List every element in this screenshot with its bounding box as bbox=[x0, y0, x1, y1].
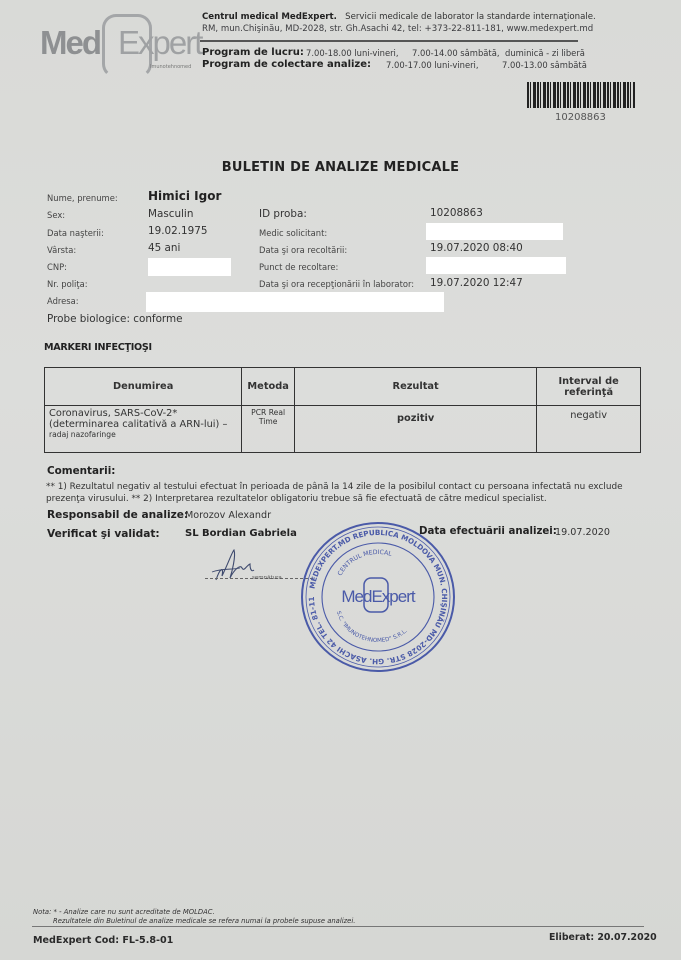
collection-hours-saturday: 7.00-13.00 sâmbătă bbox=[502, 60, 587, 70]
patient-sex: Masculin bbox=[148, 208, 193, 220]
collection-point-redacted bbox=[426, 257, 566, 274]
name-label: Nume, prenume: bbox=[47, 193, 118, 203]
dob-label: Data naşterii: bbox=[47, 228, 104, 238]
patient-name: Himici Igor bbox=[148, 189, 221, 203]
test-name: Coronavirus, SARS-CoV-2* bbox=[49, 408, 237, 419]
table-row: Coronavirus, SARS-CoV-2* (determinarea c… bbox=[45, 406, 641, 453]
col-header-result: Rezultat bbox=[295, 368, 537, 406]
collected-label: Data şi ora recoltării: bbox=[259, 245, 347, 255]
work-hours-saturday: 7.00-14.00 sâmbătă, bbox=[412, 48, 500, 58]
logo-main-text: Med bbox=[40, 24, 100, 62]
test-result: pozitiv bbox=[295, 406, 537, 453]
verified-name: SL Bordian Gabriela bbox=[185, 528, 297, 539]
sample-id: 10208863 bbox=[430, 207, 483, 219]
org-tagline: Servicii medicale de laborator la standa… bbox=[345, 12, 596, 22]
issued-date: Eliberat: 20.07.2020 bbox=[549, 932, 657, 943]
signature-caption: semnătura bbox=[252, 575, 282, 581]
org-line: Centrul medical MedExpert. Servicii medi… bbox=[202, 12, 596, 22]
stamp-icon: MEDEXPERT.MD REPUBLICA MOLDOVA MUN. CHIŞ… bbox=[298, 520, 458, 675]
test-name-cell: Coronavirus, SARS-CoV-2* (determinarea c… bbox=[45, 406, 242, 453]
received-datetime: 19.07.2020 12:47 bbox=[430, 277, 523, 289]
cnp-label: CNP: bbox=[47, 262, 67, 272]
cnp-redacted bbox=[148, 258, 231, 276]
footnote-line-2: Rezultatele din Buletinul de analize med… bbox=[33, 917, 355, 926]
work-hours: Program de lucru: bbox=[202, 47, 304, 58]
barcode-icon bbox=[527, 82, 635, 108]
svg-text:MedExpert: MedExpert bbox=[341, 587, 415, 606]
section-title: MARKERI INFECŢIOŞI bbox=[44, 342, 152, 353]
patient-age: 45 ani bbox=[148, 242, 180, 254]
medexpert-logo: Med Expert Imunotehnomed bbox=[40, 14, 195, 74]
test-name-detail: (determinarea calitativă a ARN-lui) – bbox=[49, 419, 237, 430]
footnote-line-1: Nota: * - Analize care nu sunt acreditat… bbox=[33, 908, 355, 917]
samples-status: Probe biologice: conforme bbox=[47, 313, 183, 325]
work-hours-sunday: duminică - zi liberă bbox=[505, 48, 585, 58]
form-code: MedExpert Cod: FL-5.8-01 bbox=[33, 935, 173, 946]
collected-datetime: 19.07.2020 08:40 bbox=[430, 242, 523, 254]
policy-label: Nr. poliţa: bbox=[47, 279, 88, 289]
collection-hours-label: Program de colectare analize: bbox=[202, 59, 371, 70]
logo-accent-text: Expert bbox=[118, 24, 201, 62]
org-address: RM, mun.Chişinău, MD-2028, str. Gh.Asach… bbox=[202, 24, 593, 34]
test-method: PCR Real Time bbox=[242, 406, 295, 453]
age-label: Vârsta: bbox=[47, 245, 76, 255]
sample-id-label: ID proba: bbox=[259, 208, 307, 220]
responsible-name: Morozov Alexandr bbox=[185, 510, 271, 521]
analysis-date: 19.07.2020 bbox=[555, 527, 610, 538]
barcode-number: 10208863 bbox=[555, 112, 606, 123]
responsible-label: Responsabil de analize: bbox=[47, 509, 188, 521]
collection-point-label: Punct de recoltare: bbox=[259, 262, 338, 272]
patient-dob: 19.02.1975 bbox=[148, 225, 208, 237]
org-name: Centrul medical MedExpert. bbox=[202, 12, 337, 22]
svg-text:S.C. "IMUNOTEHNOMED" S.R.L.: S.C. "IMUNOTEHNOMED" S.R.L. bbox=[335, 610, 409, 644]
address-redacted bbox=[146, 292, 444, 312]
test-sample-type: radaj nazofaringe bbox=[49, 430, 237, 439]
collection-hours-weekdays: 7.00-17.00 luni-vineri, bbox=[386, 60, 479, 70]
table-header-row: Denumirea Metoda Rezultat Interval de re… bbox=[45, 368, 641, 406]
work-hours-label: Program de lucru: bbox=[202, 47, 304, 58]
doctor-label: Medic solicitant: bbox=[259, 228, 327, 238]
footer-divider bbox=[32, 926, 644, 927]
col-header-method: Metoda bbox=[242, 368, 295, 406]
received-label: Data şi ora recepţionării în laborator: bbox=[259, 279, 414, 289]
comments-text: ** 1) Rezultatul negativ al testului efe… bbox=[46, 481, 646, 505]
address-label: Adresa: bbox=[47, 296, 79, 306]
comments-title: Comentarii: bbox=[47, 465, 115, 477]
work-hours-weekdays: 7.00-18.00 luni-vineri, bbox=[306, 48, 399, 58]
verified-label: Verificat şi validat: bbox=[47, 528, 160, 540]
footnote: Nota: * - Analize care nu sunt acreditat… bbox=[33, 908, 355, 926]
sex-label: Sex: bbox=[47, 210, 65, 220]
logo-subtitle: Imunotehnomed bbox=[150, 64, 191, 70]
header-divider bbox=[200, 40, 578, 42]
doctor-redacted bbox=[426, 223, 563, 240]
col-header-name: Denumirea bbox=[45, 368, 242, 406]
col-header-reference: Interval de referinţă bbox=[537, 368, 641, 406]
results-table: Denumirea Metoda Rezultat Interval de re… bbox=[44, 367, 641, 453]
test-reference: negativ bbox=[537, 406, 641, 453]
collection-hours: Program de colectare analize: bbox=[202, 59, 371, 70]
page-title: BULETIN DE ANALIZE MEDICALE bbox=[0, 160, 681, 175]
